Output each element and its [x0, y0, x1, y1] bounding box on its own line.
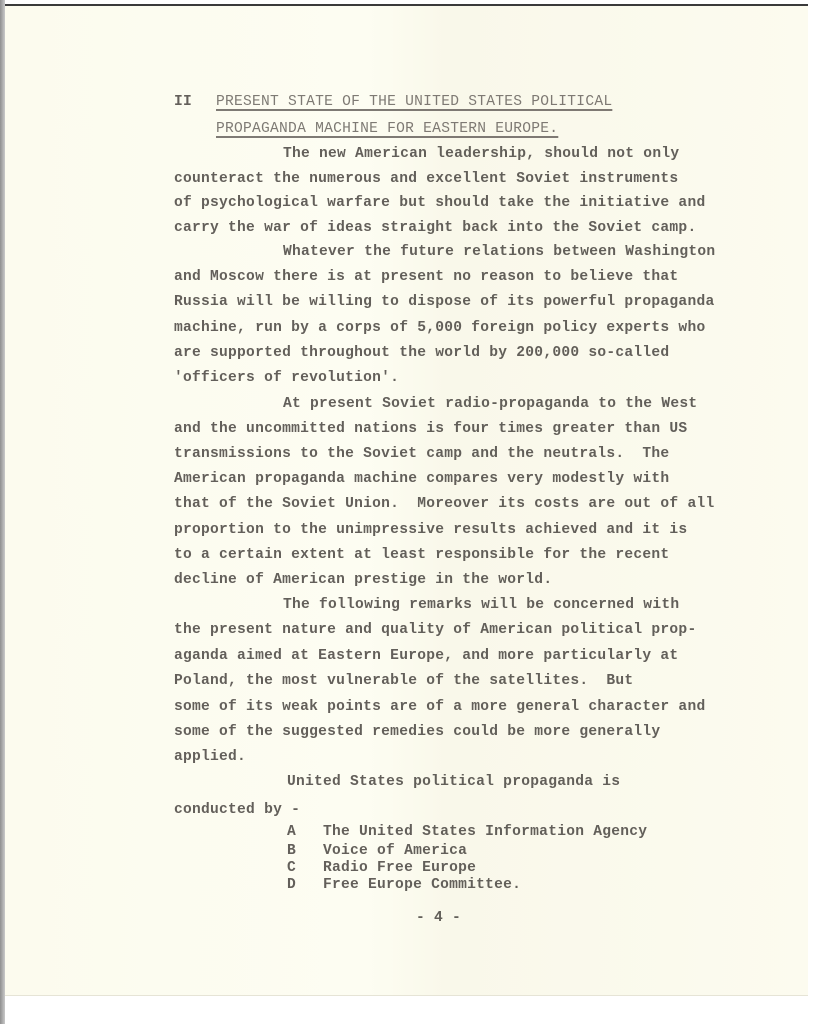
paragraph-3-line: to a certain extent at least responsible…	[174, 547, 669, 563]
paragraph-3-line: decline of American prestige in the worl…	[174, 572, 552, 588]
paragraph-3-line: transmissions to the Soviet camp and the…	[174, 446, 669, 462]
paragraph-1-line: carry the war of ideas straight back int…	[174, 220, 696, 236]
paragraph-3-line: that of the Soviet Union. Moreover its c…	[174, 496, 714, 512]
page-number: - 4 -	[416, 910, 461, 926]
list-item-text: The United States Information Agency	[323, 824, 647, 840]
list-item: DFree Europe Committee.	[287, 877, 521, 893]
paragraph-4-line: some of the suggested remedies could be …	[174, 724, 660, 740]
paragraph-5-line: conducted by -	[174, 802, 300, 818]
list-item-letter: D	[287, 877, 323, 893]
paragraph-1-line: of psychological warfare but should take…	[174, 195, 705, 211]
section-number: II	[174, 94, 192, 110]
paragraph-2-line: Russia will be willing to dispose of its…	[174, 294, 714, 310]
list-item: BVoice of America	[287, 843, 467, 859]
paragraph-2-line: machine, run by a corps of 5,000 foreign…	[174, 320, 705, 336]
list-item-text: Voice of America	[323, 843, 467, 859]
paragraph-4-line: aganda aimed at Eastern Europe, and more…	[174, 648, 678, 664]
paragraph-5-line: United States political propaganda is	[287, 774, 620, 790]
paragraph-4-line: some of its weak points are of a more ge…	[174, 699, 705, 715]
list-item-letter: A	[287, 824, 323, 840]
paragraph-2-line: are supported throughout the world by 20…	[174, 345, 669, 361]
list-item-letter: B	[287, 843, 323, 859]
paragraph-4-line: Poland, the most vulnerable of the satel…	[174, 673, 633, 689]
paragraph-3-line: American propaganda machine compares ver…	[174, 471, 669, 487]
paragraph-4-line: applied.	[174, 749, 246, 765]
section-heading-line-1: PRESENT STATE OF THE UNITED STATES POLIT…	[216, 94, 612, 110]
section-heading-line-2: PROPAGANDA MACHINE FOR EASTERN EUROPE.	[216, 121, 558, 137]
paragraph-2-line: 'officers of revolution'.	[174, 370, 399, 386]
paragraph-4-line: The following remarks will be concerned …	[283, 597, 679, 613]
paragraph-4-line: the present nature and quality of Americ…	[174, 622, 696, 638]
paragraph-3-line: At present Soviet radio-propaganda to th…	[283, 396, 697, 412]
list-item: AThe United States Information Agency	[287, 824, 647, 840]
paragraph-2-line: and Moscow there is at present no reason…	[174, 269, 678, 285]
paragraph-3-line: and the uncommitted nations is four time…	[174, 421, 687, 437]
paragraph-1-line: counteract the numerous and excellent So…	[174, 171, 678, 187]
paragraph-1-line: The new American leadership, should not …	[283, 146, 679, 162]
paragraph-2-line: Whatever the future relations between Wa…	[283, 244, 715, 260]
list-item-text: Radio Free Europe	[323, 860, 476, 876]
list-item-letter: C	[287, 860, 323, 876]
list-item-text: Free Europe Committee.	[323, 877, 521, 893]
document-body: II PRESENT STATE OF THE UNITED STATES PO…	[0, 0, 18, 64]
list-item: CRadio Free Europe	[287, 860, 476, 876]
paragraph-3-line: proportion to the unimpressive results a…	[174, 522, 687, 538]
